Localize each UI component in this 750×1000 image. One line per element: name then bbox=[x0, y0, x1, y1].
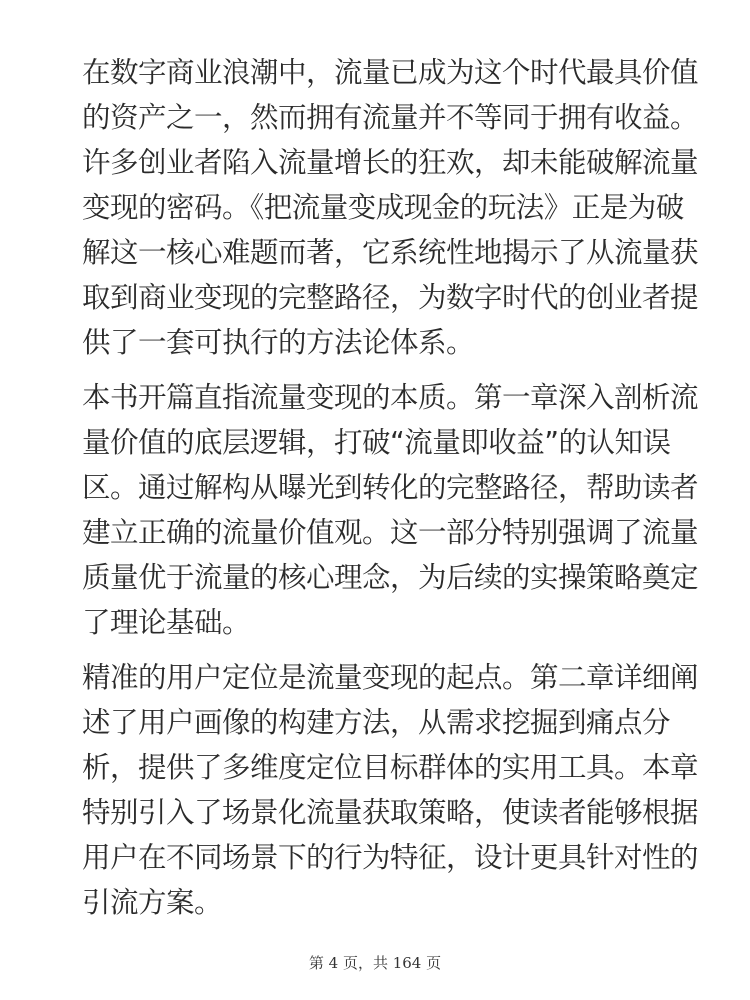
document-body: 在数字商业浪潮中，流量已成为这个时代最具价值 的资产之一，然而拥有流量并不等同于… bbox=[82, 50, 692, 935]
text-line: 的资产之一，然而拥有流量并不等同于拥有收益。 bbox=[82, 95, 692, 140]
text-line: 建立正确的流量价值观。这一部分特别强调了流量 bbox=[82, 510, 692, 555]
text-line: 特别引入了场景化流量获取策略，使读者能够根据 bbox=[82, 790, 692, 835]
text-line: 变现的密码。《把流量变成现金的玩法》正是为破 bbox=[82, 185, 692, 230]
text-line: 引流方案。 bbox=[82, 880, 692, 925]
text-line: 本书开篇直指流量变现的本质。第一章深入剖析流 bbox=[82, 375, 692, 420]
page-number-footer: 第 4 页，共 164 页 bbox=[0, 952, 750, 973]
text-line: 了理论基础。 bbox=[82, 600, 692, 645]
text-line: 量价值的底层逻辑，打破“流量即收益”的认知误 bbox=[82, 420, 692, 465]
text-line: 质量优于流量的核心理念，为后续的实操策略奠定 bbox=[82, 555, 692, 600]
text-line: 用户在不同场景下的行为特征，设计更具针对性的 bbox=[82, 835, 692, 880]
text-line: 许多创业者陷入流量增长的狂欢，却未能破解流量 bbox=[82, 140, 692, 185]
paragraph-2: 本书开篇直指流量变现的本质。第一章深入剖析流 量价值的底层逻辑，打破“流量即收益… bbox=[82, 375, 692, 645]
text-line: 供了一套可执行的方法论体系。 bbox=[82, 320, 692, 365]
paragraph-3: 精准的用户定位是流量变现的起点。第二章详细阐 述了用户画像的构建方法，从需求挖掘… bbox=[82, 655, 692, 925]
text-line: 区。通过解构从曝光到转化的完整路径，帮助读者 bbox=[82, 465, 692, 510]
paragraph-1: 在数字商业浪潮中，流量已成为这个时代最具价值 的资产之一，然而拥有流量并不等同于… bbox=[82, 50, 692, 365]
text-line: 在数字商业浪潮中，流量已成为这个时代最具价值 bbox=[82, 50, 692, 95]
text-line: 述了用户画像的构建方法，从需求挖掘到痛点分 bbox=[82, 700, 692, 745]
text-line: 析，提供了多维度定位目标群体的实用工具。本章 bbox=[82, 745, 692, 790]
text-line: 精准的用户定位是流量变现的起点。第二章详细阐 bbox=[82, 655, 692, 700]
text-line: 取到商业变现的完整路径，为数字时代的创业者提 bbox=[82, 275, 692, 320]
text-line: 解这一核心难题而著，它系统性地揭示了从流量获 bbox=[82, 230, 692, 275]
